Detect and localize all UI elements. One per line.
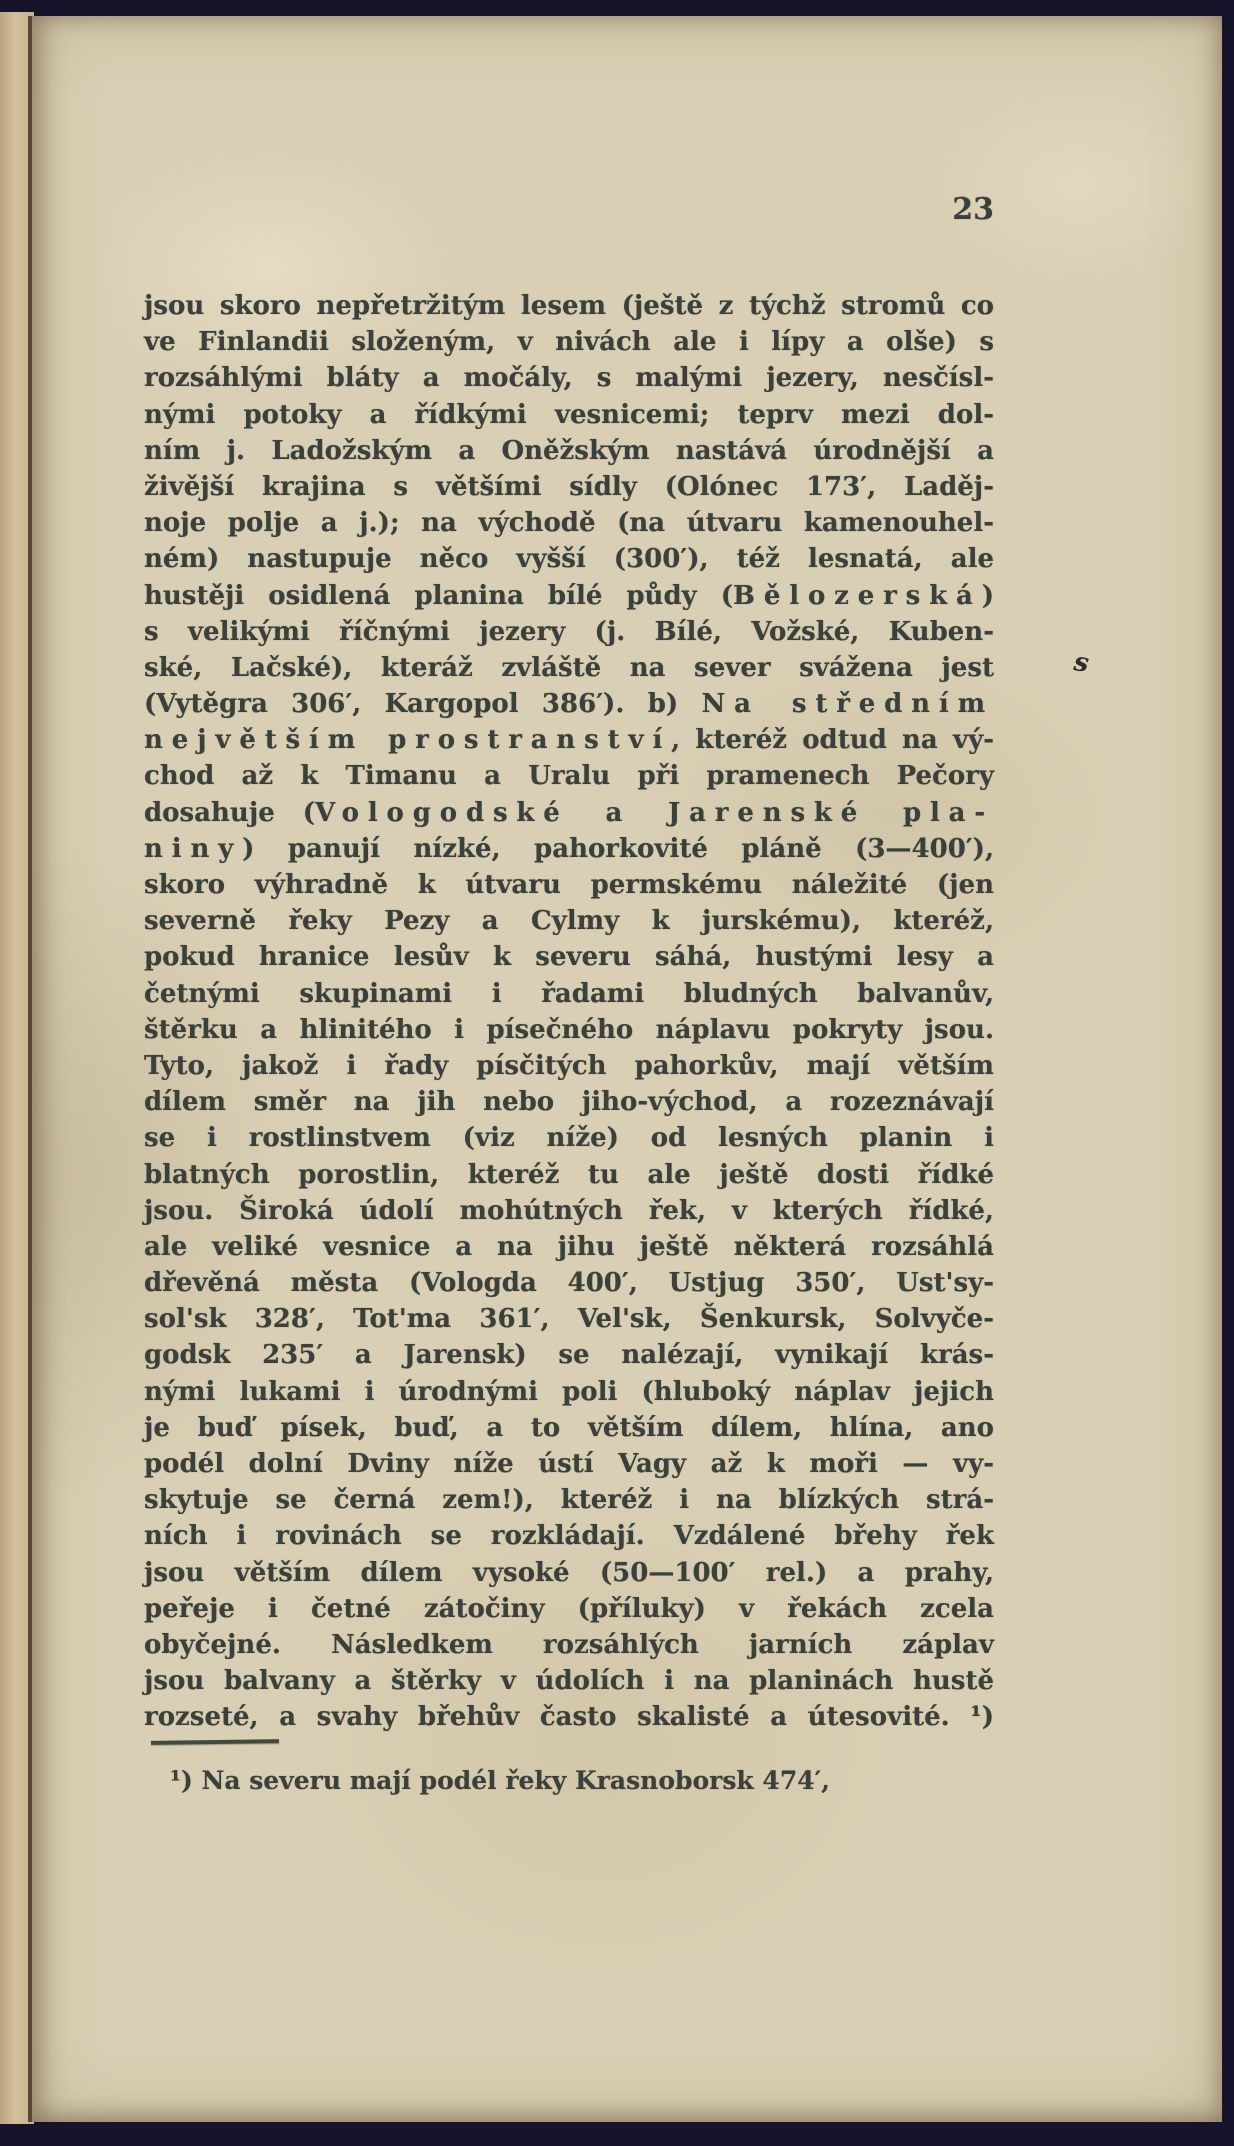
text-line: ném) nastupuje něco vyšší (300′), též le…: [144, 541, 994, 577]
text-line: skoro výhradně k útvaru permskému náleži…: [144, 867, 994, 903]
margin-ink-mark: s: [1072, 647, 1091, 679]
text-line: podél dolní Dviny níže ústí Vagy až k mo…: [144, 1446, 994, 1482]
text-line: ních i rovinách se rozkládají. Vzdálené …: [144, 1518, 994, 1554]
text-line: pokud hranice lesův k severu sáhá, hustý…: [144, 939, 994, 975]
text-line: severně řeky Pezy a Cylmy k jurskému), k…: [144, 903, 994, 939]
text-line: chod až k Timanu a Uralu při pramenech P…: [144, 758, 994, 794]
text-line: jsou. Široká údolí mohútných řek, v kter…: [144, 1193, 994, 1229]
text-line: jsou balvany a štěrky v údolích i na pla…: [144, 1663, 994, 1699]
text-line: sol'sk 328′, Tot'ma 361′, Vel'sk, Šenkur…: [144, 1301, 994, 1337]
page-number: 23: [144, 192, 994, 227]
text-line: obyčejné. Následkem rozsáhlých jarních z…: [144, 1627, 994, 1663]
text-line: rozsáhlými bláty a močály, s malými jeze…: [144, 360, 994, 396]
text-line: hustěji osidlená planina bílé půdy (Bělo…: [144, 578, 994, 614]
text-line: dřevěná města (Vologda 400′, Ustjug 350′…: [144, 1265, 994, 1301]
text-line: nými potoky a řídkými vesnicemi; teprv m…: [144, 397, 994, 433]
text-line: největším prostranství, kteréž odtud na …: [144, 722, 994, 758]
text-line: ale veliké vesnice a na jihu ještě někte…: [144, 1229, 994, 1265]
text-line: se i rostlinstvem (viz níže) od lesných …: [144, 1120, 994, 1156]
text-line: niny) panují nízké, pahorkovité pláně (3…: [144, 831, 994, 867]
book-page: 23 jsou skoro nepřetržitým lesem (ještě …: [28, 16, 1222, 2122]
text-line: nými lukami i úrodnými poli (hluboký náp…: [144, 1374, 994, 1410]
text-line: ním j. Ladožským a Oněžským nastává úrod…: [144, 433, 994, 469]
text-line: živější krajina s většími sídly (Olónec …: [144, 469, 994, 505]
text-line: rozseté, a svahy břehův často skalisté a…: [144, 1699, 994, 1735]
text-line: dosahuje (Vologodské a Jarenské pla-: [144, 795, 994, 831]
text-line: skytuje se černá zem!), kteréž i na blíz…: [144, 1482, 994, 1518]
text-line: jsou skoro nepřetržitým lesem (ještě z t…: [144, 288, 994, 324]
text-line: godsk 235′ a Jarensk) se nalézají, vynik…: [144, 1337, 994, 1373]
text-line: Tyto, jakož i řady písčitých pahorkův, m…: [144, 1048, 994, 1084]
text-line: dílem směr na jih nebo jiho-východ, a ro…: [144, 1084, 994, 1120]
text-line: jsou větším dílem vysoké (50—100′ rel.) …: [144, 1555, 994, 1591]
text-line: ve Finlandii složeným, v nivách ale i lí…: [144, 324, 994, 360]
text-line: je buď písek, buď, a to větším dílem, hl…: [144, 1410, 994, 1446]
scanned-book-page: 23 jsou skoro nepřetržitým lesem (ještě …: [0, 0, 1234, 2146]
text-line: blatných porostlin, kteréž tu ale ještě …: [144, 1157, 994, 1193]
text-line: s velikými říčnými jezery (j. Bílé, Vožs…: [144, 614, 994, 650]
text-line: ské, Lačské), kteráž zvláště na sever sv…: [144, 650, 994, 686]
text-line: četnými skupinami i řadami bludných balv…: [144, 976, 994, 1012]
text-line: noje polje a j.); na východě (na útvaru …: [144, 505, 994, 541]
text-line: štěrku a hlinitého i písečného náplavu p…: [144, 1012, 994, 1048]
footnote-divider: [151, 1739, 279, 1745]
text-line: (Vytěgra 306′, Kargopol 386′). b) Na stř…: [144, 686, 994, 722]
text-line: peřeje i četné zátočiny (příluky) v řeká…: [144, 1591, 994, 1627]
body-text: jsou skoro nepřetržitým lesem (ještě z t…: [144, 288, 994, 1736]
footnote: ¹) Na severu mají podél řeky Krasnoborsk…: [144, 1764, 994, 1798]
